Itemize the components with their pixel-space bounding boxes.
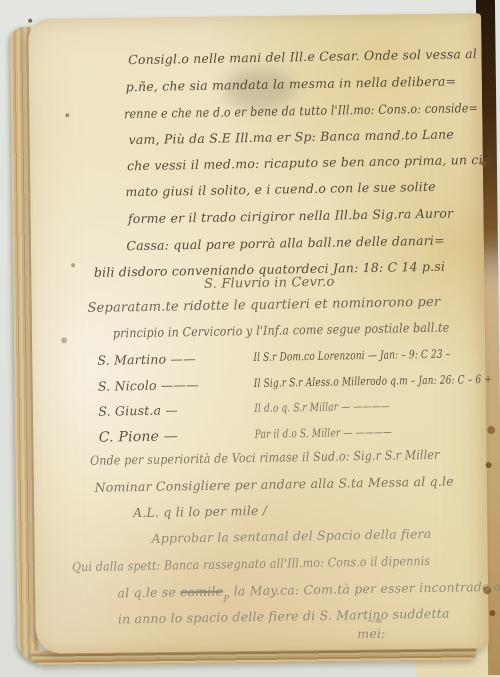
quarter-label: S. Nicolo ——— (98, 377, 199, 394)
handwritten-line: renne e che ne d.o er bene da tutto l'Il… (124, 100, 478, 121)
handwritten-line: in anno lo spacio delle fiere di S. Mart… (118, 606, 450, 627)
handwritten-line: Cassa: qual pare porrà alla ball.ne dell… (126, 233, 445, 254)
closing-mark: mei: (357, 626, 386, 641)
section-heading: S. Fluvrio in Cevr.o (204, 275, 335, 292)
handwritten-line: Approbar la sentanal del Spacio della fi… (151, 526, 431, 546)
handwritten-line: Consigl.o nelle mani del Ill.e Cesar. On… (128, 46, 477, 67)
quarter-label: S. Giust.a — (98, 402, 178, 418)
assignment-entry: Il Sig.r S.r Aless.o Millerodo q.m – Jan… (254, 372, 492, 390)
line-segment: al q.le se (117, 584, 180, 600)
line-segment: la May.ca: Com.tà per esser incontrado d… (229, 578, 500, 598)
handwriting-layer: Consigl.o nelle mani del Ill.e Cesar. On… (8, 4, 500, 667)
handwritten-line: principio in Cervicorio y l'Inf.a come s… (113, 320, 450, 341)
book: Consigl.o nelle mani del Ill.e Cesar. On… (10, 5, 500, 666)
manuscript-photo: Consigl.o nelle mani del Ill.e Cesar. On… (0, 0, 500, 677)
struck-word: comile (180, 584, 223, 600)
assignment-entry: Il d.o q. S.r Millar — ———— (254, 399, 390, 415)
insertion-mark: P (223, 594, 229, 604)
handwritten-line: A.L. q li lo per mile / (133, 503, 267, 520)
assignment-entry: Il S.r Dom.co Lorenzoni — Jan: – 9: C 23… (253, 347, 450, 364)
handwritten-line: Separatam.te ridotte le quartieri et nom… (87, 295, 440, 316)
quarter-label: C. Pione — (99, 428, 178, 445)
handwritten-line: che vessi il med.mo: ricaputo se ben anc… (127, 152, 494, 173)
handwritten-line: vam, Più da S.E Ill.ma er Sp: Banca mand… (128, 126, 454, 147)
handwritten-line: p.ñe, che sia mandata la mesma in nella … (126, 73, 457, 94)
handwritten-line: Nominar Consigliere per andare alla S.ta… (94, 474, 453, 495)
handwritten-line-with-strikethrough: al q.le se comileP la May.ca: Com.tà per… (117, 578, 500, 600)
handwritten-line: Qui dalla spett: Banca rassegnato all'Il… (72, 553, 430, 574)
quarter-label: S. Martino —— (97, 351, 196, 368)
handwritten-line: Onde per superiorità de Voci rimase il S… (90, 447, 440, 468)
handwritten-line: forme er il trado cirigiror nella Ill.ba… (128, 206, 454, 227)
assignment-entry: Par il d.o S. Miller — ———— (255, 425, 392, 441)
handwritten-line: mato giusi il solito, e i cuend.o con le… (125, 179, 436, 199)
